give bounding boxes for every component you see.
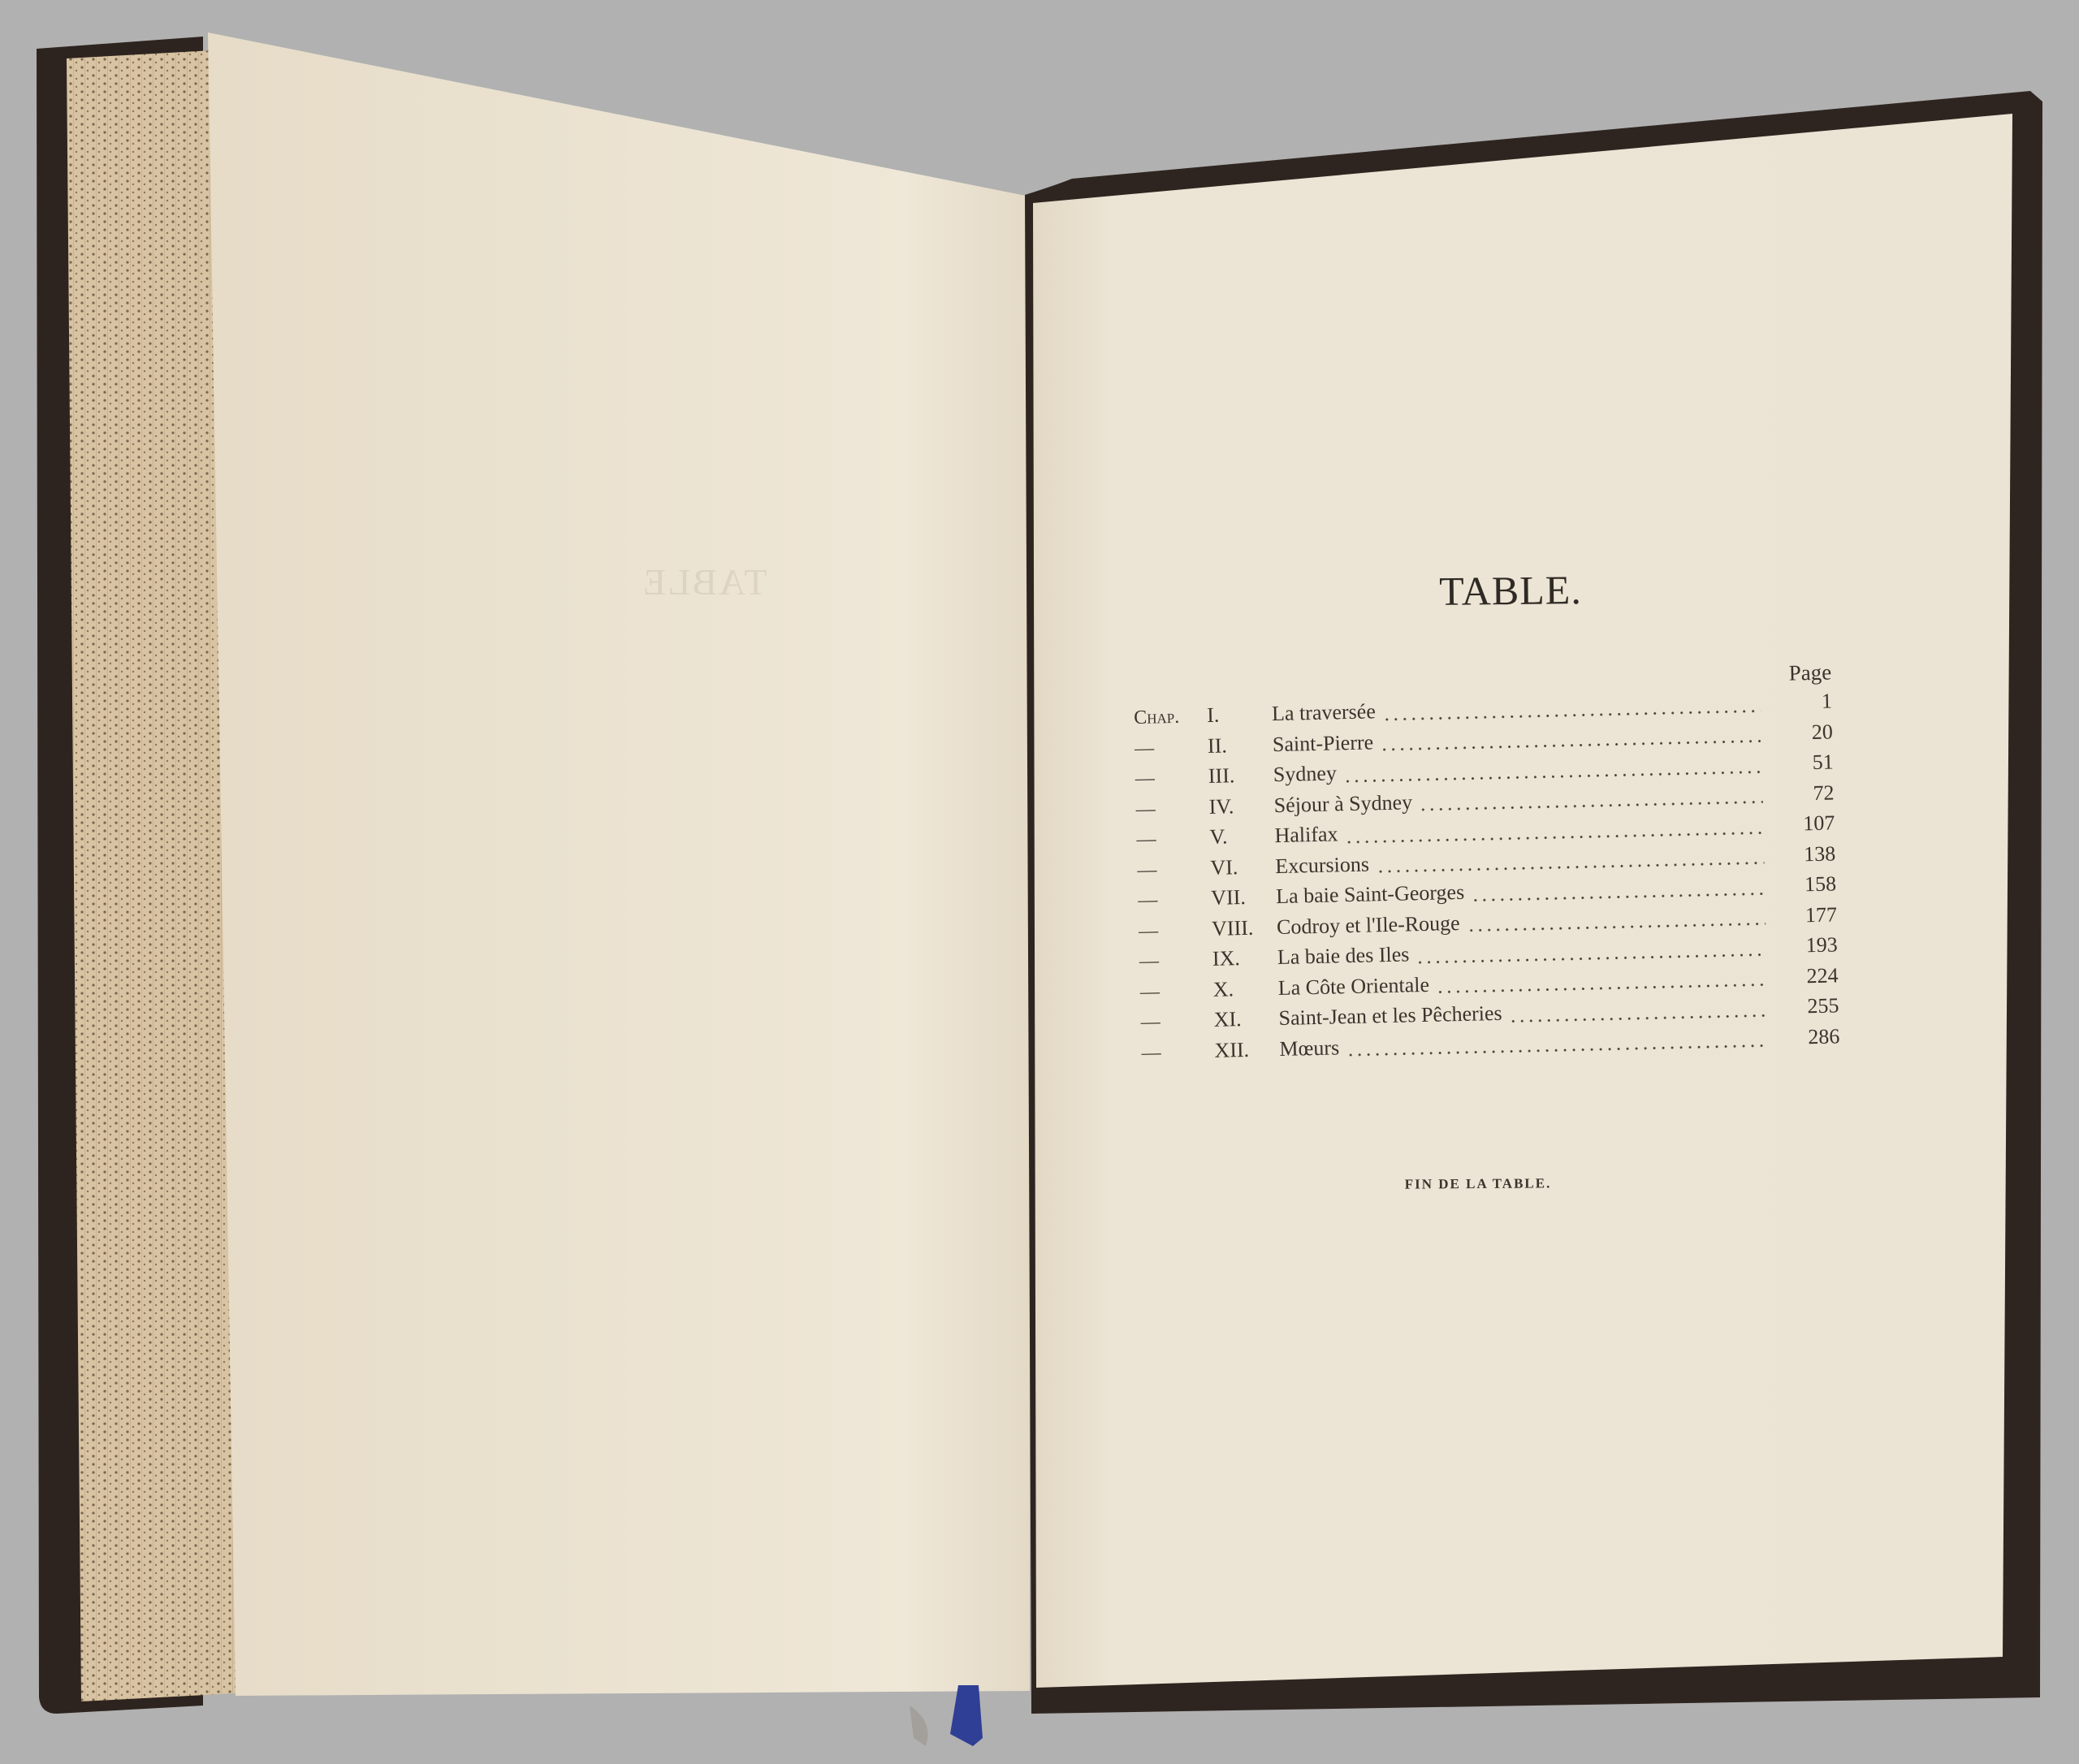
page-title: TABLE. (1397, 566, 1625, 616)
chapter-title: Saint-Pierre (1273, 730, 1374, 757)
dot-leader (1436, 984, 1767, 994)
chapter-prefix: — (1139, 949, 1213, 973)
chapter-page: 1 (1767, 689, 1833, 715)
dot-leader (1382, 709, 1761, 721)
chapter-number: X. (1212, 976, 1278, 1002)
chapter-title: La Côte Orientale (1277, 972, 1429, 1000)
dot-leader (1343, 770, 1762, 783)
chapter-number: IX. (1212, 945, 1278, 971)
chapter-number: VIII. (1212, 915, 1277, 941)
table-of-contents: Page Chap. I. La traversée 1 — II. Saint… (1133, 659, 1840, 1070)
chapter-prefix: — (1141, 1040, 1215, 1064)
page-edges (67, 50, 236, 1701)
chapter-number: I. (1207, 702, 1273, 728)
chapter-page: 72 (1769, 780, 1835, 806)
chapter-title: La traversée (1272, 699, 1376, 726)
end-of-table-note: FIN DE LA TABLE. (1381, 1175, 1575, 1193)
chapter-page: 158 (1771, 871, 1837, 897)
chapter-page: 224 (1773, 963, 1839, 989)
dot-leader (1416, 953, 1766, 964)
chapter-page: 20 (1767, 720, 1833, 746)
chapter-number: XII. (1214, 1037, 1280, 1063)
chapter-number: IV. (1208, 793, 1274, 819)
chapter-title: La baie des Iles (1277, 942, 1410, 970)
chapter-prefix: — (1135, 767, 1209, 790)
chapter-title: Codroy et l'Ile-Rouge (1277, 910, 1460, 939)
chapter-number: II. (1208, 733, 1273, 759)
chapter-title: Sydney (1273, 761, 1337, 787)
show-through-text: TABLE (642, 560, 767, 603)
chapter-number: VI. (1210, 854, 1276, 880)
chapter-number: V. (1209, 824, 1275, 850)
dot-leader (1345, 831, 1764, 844)
chapter-title: Halifax (1274, 822, 1338, 848)
chapter-prefix: — (1140, 1010, 1214, 1034)
chapter-title: Séjour à Sydney (1273, 790, 1412, 818)
chapter-title: Mœurs (1279, 1035, 1339, 1061)
chapter-page: 51 (1768, 750, 1834, 776)
ribbon-bookmark (950, 1685, 983, 1746)
chapter-page: 286 (1774, 1024, 1840, 1050)
chapter-page: 255 (1774, 993, 1839, 1019)
chapter-number: XI. (1213, 1006, 1279, 1032)
dot-leader (1467, 923, 1766, 932)
left-page-sheet (208, 32, 1030, 1696)
chapter-prefix: — (1135, 736, 1208, 759)
chapter-page: 138 (1770, 841, 1836, 867)
chapter-prefix: — (1139, 919, 1212, 942)
dot-leader (1471, 892, 1765, 901)
chapter-prefix: — (1137, 858, 1211, 881)
chapter-prefix: — (1140, 979, 1214, 1003)
dot-leader (1509, 1014, 1768, 1023)
dot-leader (1346, 1044, 1768, 1057)
chapter-title: Excursions (1275, 852, 1369, 879)
chapter-number: VII. (1211, 884, 1277, 910)
chapter-title: Saint-Jean et les Pêcheries (1278, 1001, 1502, 1031)
chapter-title: La baie Saint-Georges (1276, 880, 1465, 909)
chapter-number: III. (1208, 763, 1273, 789)
chapter-prefix: — (1136, 828, 1210, 851)
chapter-prefix: — (1135, 797, 1209, 820)
dot-leader (1419, 801, 1763, 812)
chapter-page: 193 (1772, 932, 1838, 958)
chapter-page: 177 (1772, 902, 1838, 928)
chapter-prefix: — (1138, 888, 1212, 912)
chapter-prefix: Chap. (1134, 706, 1208, 729)
chapter-page: 107 (1770, 811, 1835, 837)
dot-leader (1380, 740, 1761, 752)
dot-leader (1376, 862, 1764, 874)
